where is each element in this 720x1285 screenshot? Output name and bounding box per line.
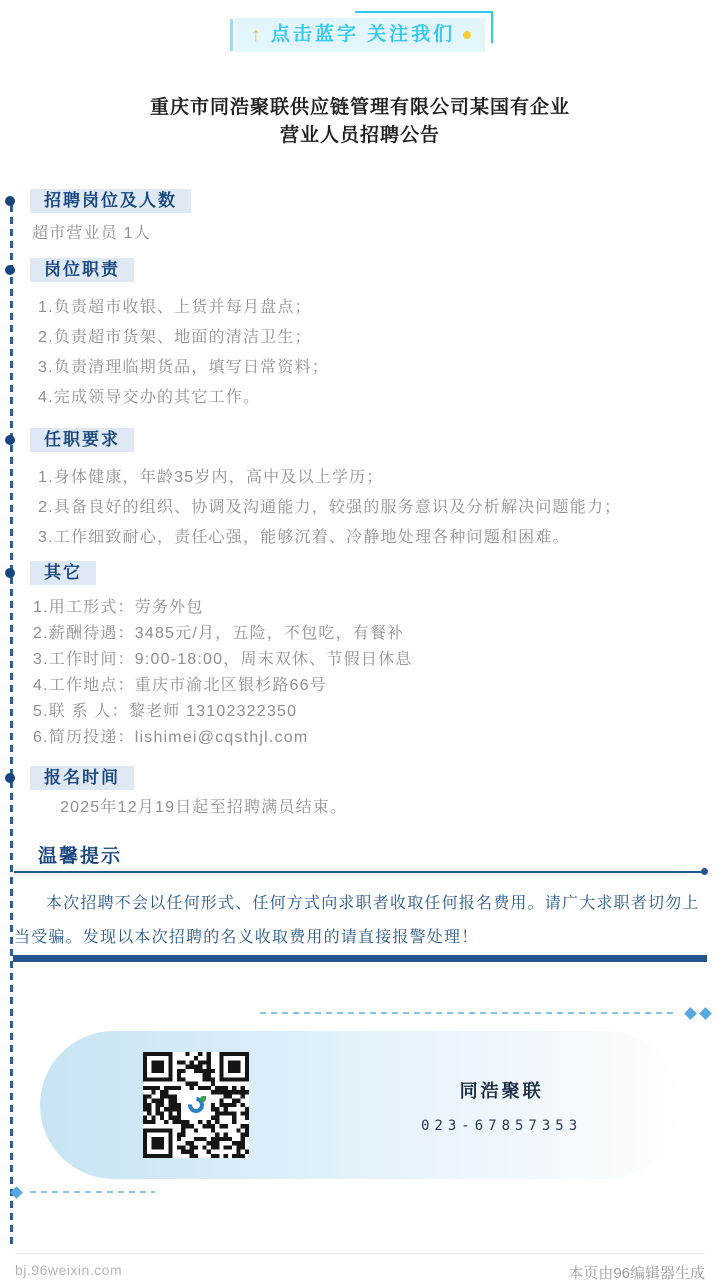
- section-items: 2025年12月19日起至招聘满员结束。: [60, 798, 720, 818]
- contact-card: 同浩聚联 023-67857353: [40, 1031, 680, 1179]
- section-2: 任职要求1.身体健康，年龄35岁内，高中及以上学历；2.具备良好的组织、协调及沟…: [0, 428, 720, 548]
- section-header: 任职要求: [30, 428, 720, 452]
- section-item: 3.工作细致耐心，责任心强，能够沉着、冷静地处理各种问题和困难。: [38, 528, 720, 548]
- diamond-icon: [684, 1007, 697, 1020]
- section-title: 其它: [30, 561, 96, 585]
- page: ↑ 点击蓝字 关注我们 重庆市同浩聚联供应链管理有限公司某国有企业 营业人员招聘…: [0, 0, 720, 1285]
- banner-top-line: [355, 11, 493, 13]
- notice-bottom-bar: [13, 955, 707, 962]
- section-item: 1.身体健康，年龄35岁内，高中及以上学历；: [38, 468, 720, 488]
- section-item: 5.联 系 人：黎老师 13102322350: [33, 702, 720, 721]
- section-items: 1.负责超市收银、上货并每月盘点；2.负责超市货架、地面的清洁卫生；3.负责清理…: [38, 298, 720, 408]
- title-line-1: 重庆市同浩聚联供应链管理有限公司某国有企业: [0, 94, 720, 122]
- notice-text: 本次招聘不会以任何形式、任何方式向求职者收取任何报名费用。请广大求职者切勿上当受…: [14, 887, 706, 955]
- banner-row: ↑ 点击蓝字 关注我们: [0, 0, 720, 52]
- bullet-icon: [5, 265, 15, 275]
- section-title: 招聘岗位及人数: [30, 189, 191, 213]
- page-title: 重庆市同浩聚联供应链管理有限公司某国有企业 营业人员招聘公告: [0, 94, 720, 150]
- section-item: 1.用工形式：劳务外包: [33, 598, 720, 617]
- company-name: 同浩聚联: [421, 1077, 582, 1103]
- section-item: 6.简历投递：lishimei@cqsthjl.com: [33, 728, 720, 747]
- bullet-icon: [5, 196, 15, 206]
- qr-code: [143, 1052, 249, 1158]
- section-item: 4.工作地点：重庆市渝北区银杉路66号: [33, 676, 720, 695]
- notice-header: 温馨提示: [38, 845, 706, 869]
- notice-block: 温馨提示 本次招聘不会以任何形式、任何方式向求职者收取任何报名费用。请广大求职者…: [0, 845, 720, 962]
- bullet-icon: [5, 435, 15, 445]
- yellow-dot-icon: [463, 31, 471, 39]
- section-4: 报名时间2025年12月19日起至招聘满员结束。: [0, 766, 720, 818]
- section-item: 1.负责超市收银、上货并每月盘点；: [38, 298, 720, 318]
- section-title: 岗位职责: [30, 258, 134, 282]
- footer: bj.96weixin.com 本页由96编辑器生成: [15, 1253, 705, 1283]
- section-items: 1.身体健康，年龄35岁内，高中及以上学历；2.具备良好的组织、协调及沟通能力，…: [38, 468, 720, 548]
- section-items: 超市营业员 1人: [32, 224, 720, 244]
- follow-us-banner[interactable]: ↑ 点击蓝字 关注我们: [235, 18, 485, 52]
- company-phone: 023-67857353: [421, 1118, 582, 1134]
- section-3: 其它1.用工形式：劳务外包2.薪酬待遇：3485元/月，五险，不包吃，有餐补3.…: [0, 561, 720, 747]
- company-logo-icon: [183, 1092, 209, 1118]
- footer-watermark: bj.96weixin.com: [15, 1262, 122, 1278]
- notice-header-rule: 温馨提示: [14, 845, 706, 873]
- section-item: 2.具备良好的组织、协调及沟通能力，较强的服务意识及分析解决问题能力；: [38, 498, 720, 518]
- section-1: 岗位职责1.负责超市收银、上货并每月盘点；2.负责超市货架、地面的清洁卫生；3.…: [0, 258, 720, 408]
- bullet-icon: [5, 773, 15, 783]
- dashed-line: [260, 1012, 675, 1014]
- section-header: 招聘岗位及人数: [30, 189, 720, 213]
- banner-left-accent: [230, 19, 233, 51]
- banner-right-line: [491, 11, 493, 43]
- section-item: 2025年12月19日起至招聘满员结束。: [60, 798, 720, 818]
- contact-info: 同浩聚联 023-67857353: [421, 1077, 582, 1134]
- section-header: 岗位职责: [30, 258, 720, 282]
- bullet-icon: [5, 568, 15, 578]
- section-item: 4.完成领导交办的其它工作。: [38, 388, 720, 408]
- section-header: 报名时间: [30, 766, 720, 790]
- section-title: 任职要求: [30, 428, 134, 452]
- diamond-icon: [699, 1007, 712, 1020]
- section-item: 2.负责超市货架、地面的清洁卫生；: [38, 328, 720, 348]
- section-item: 3.工作时间：9:00-18:00，周末双休、节假日休息: [33, 650, 720, 669]
- banner-label: 点击蓝字 关注我们: [271, 24, 455, 46]
- up-arrow-icon: ↑: [251, 24, 261, 46]
- diamond-icon: [10, 1186, 23, 1199]
- section-title: 报名时间: [30, 766, 134, 790]
- footer-generator-note: 本页由96编辑器生成: [568, 1262, 705, 1283]
- section-header: 其它: [30, 561, 720, 585]
- dashed-line: [30, 1191, 155, 1193]
- section-items: 1.用工形式：劳务外包2.薪酬待遇：3485元/月，五险，不包吃，有餐补3.工作…: [33, 598, 720, 747]
- section-item: 3.负责清理临期货品，填写日常资料；: [38, 358, 720, 378]
- section-item: 超市营业员 1人: [32, 224, 720, 244]
- deco-dashed-row: [0, 1008, 720, 1019]
- section-item: 2.薪酬待遇：3485元/月，五险，不包吃，有餐补: [33, 624, 720, 643]
- section-0: 招聘岗位及人数超市营业员 1人: [0, 189, 720, 244]
- deco-dashed-bottom: [12, 1187, 720, 1199]
- sections: 招聘岗位及人数超市营业员 1人岗位职责1.负责超市收银、上货并每月盘点；2.负责…: [0, 189, 720, 818]
- title-line-2: 营业人员招聘公告: [0, 122, 720, 150]
